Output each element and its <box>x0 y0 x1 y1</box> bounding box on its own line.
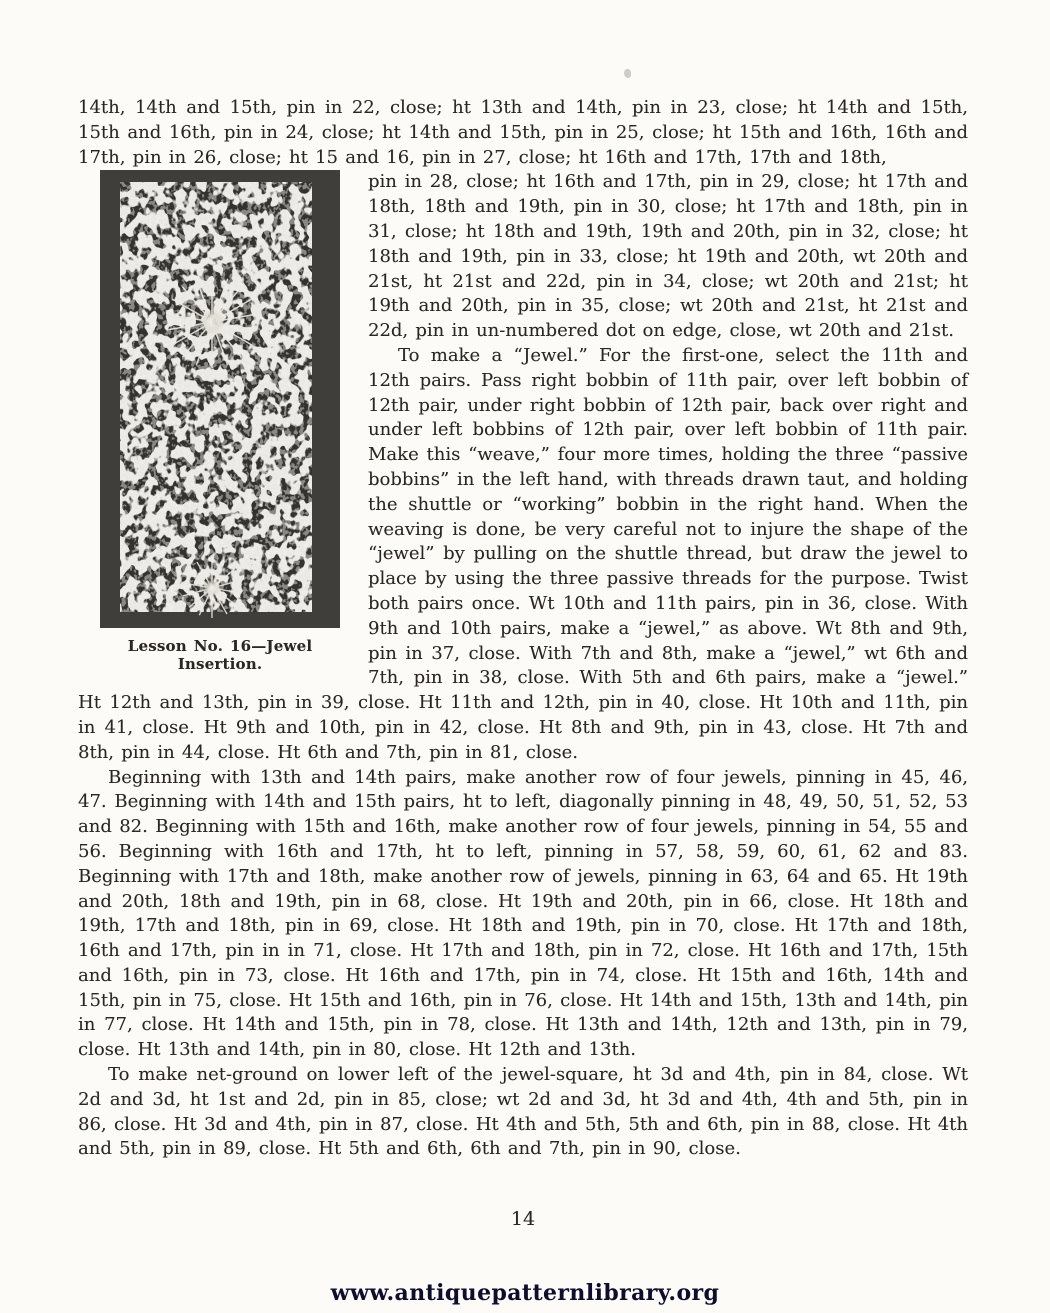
paragraph-net-ground: To make net-ground on lower left of the … <box>78 1063 968 1162</box>
lace-insertion-photo <box>100 170 340 628</box>
lace-pattern-image <box>100 170 340 628</box>
footer-watermark: www.antiquepatternlibrary.org <box>0 1280 1050 1306</box>
lace-insertion-figure: Lesson No. 16—Jewel Insertion. <box>78 170 340 673</box>
scanned-book-page: 14th, 14th and 15th, pin in 22, close; h… <box>0 0 1050 1313</box>
scan-speck <box>624 69 631 78</box>
page-number: 14 <box>78 1208 968 1230</box>
body-text: 14th, 14th and 15th, pin in 22, close; h… <box>78 96 968 1162</box>
paragraph-continued-top: 14th, 14th and 15th, pin in 22, close; h… <box>78 96 968 170</box>
figure-caption: Lesson No. 16—Jewel Insertion. <box>100 637 340 673</box>
paragraph-rows-of-jewels: Beginning with 13th and 14th pairs, make… <box>78 766 968 1064</box>
